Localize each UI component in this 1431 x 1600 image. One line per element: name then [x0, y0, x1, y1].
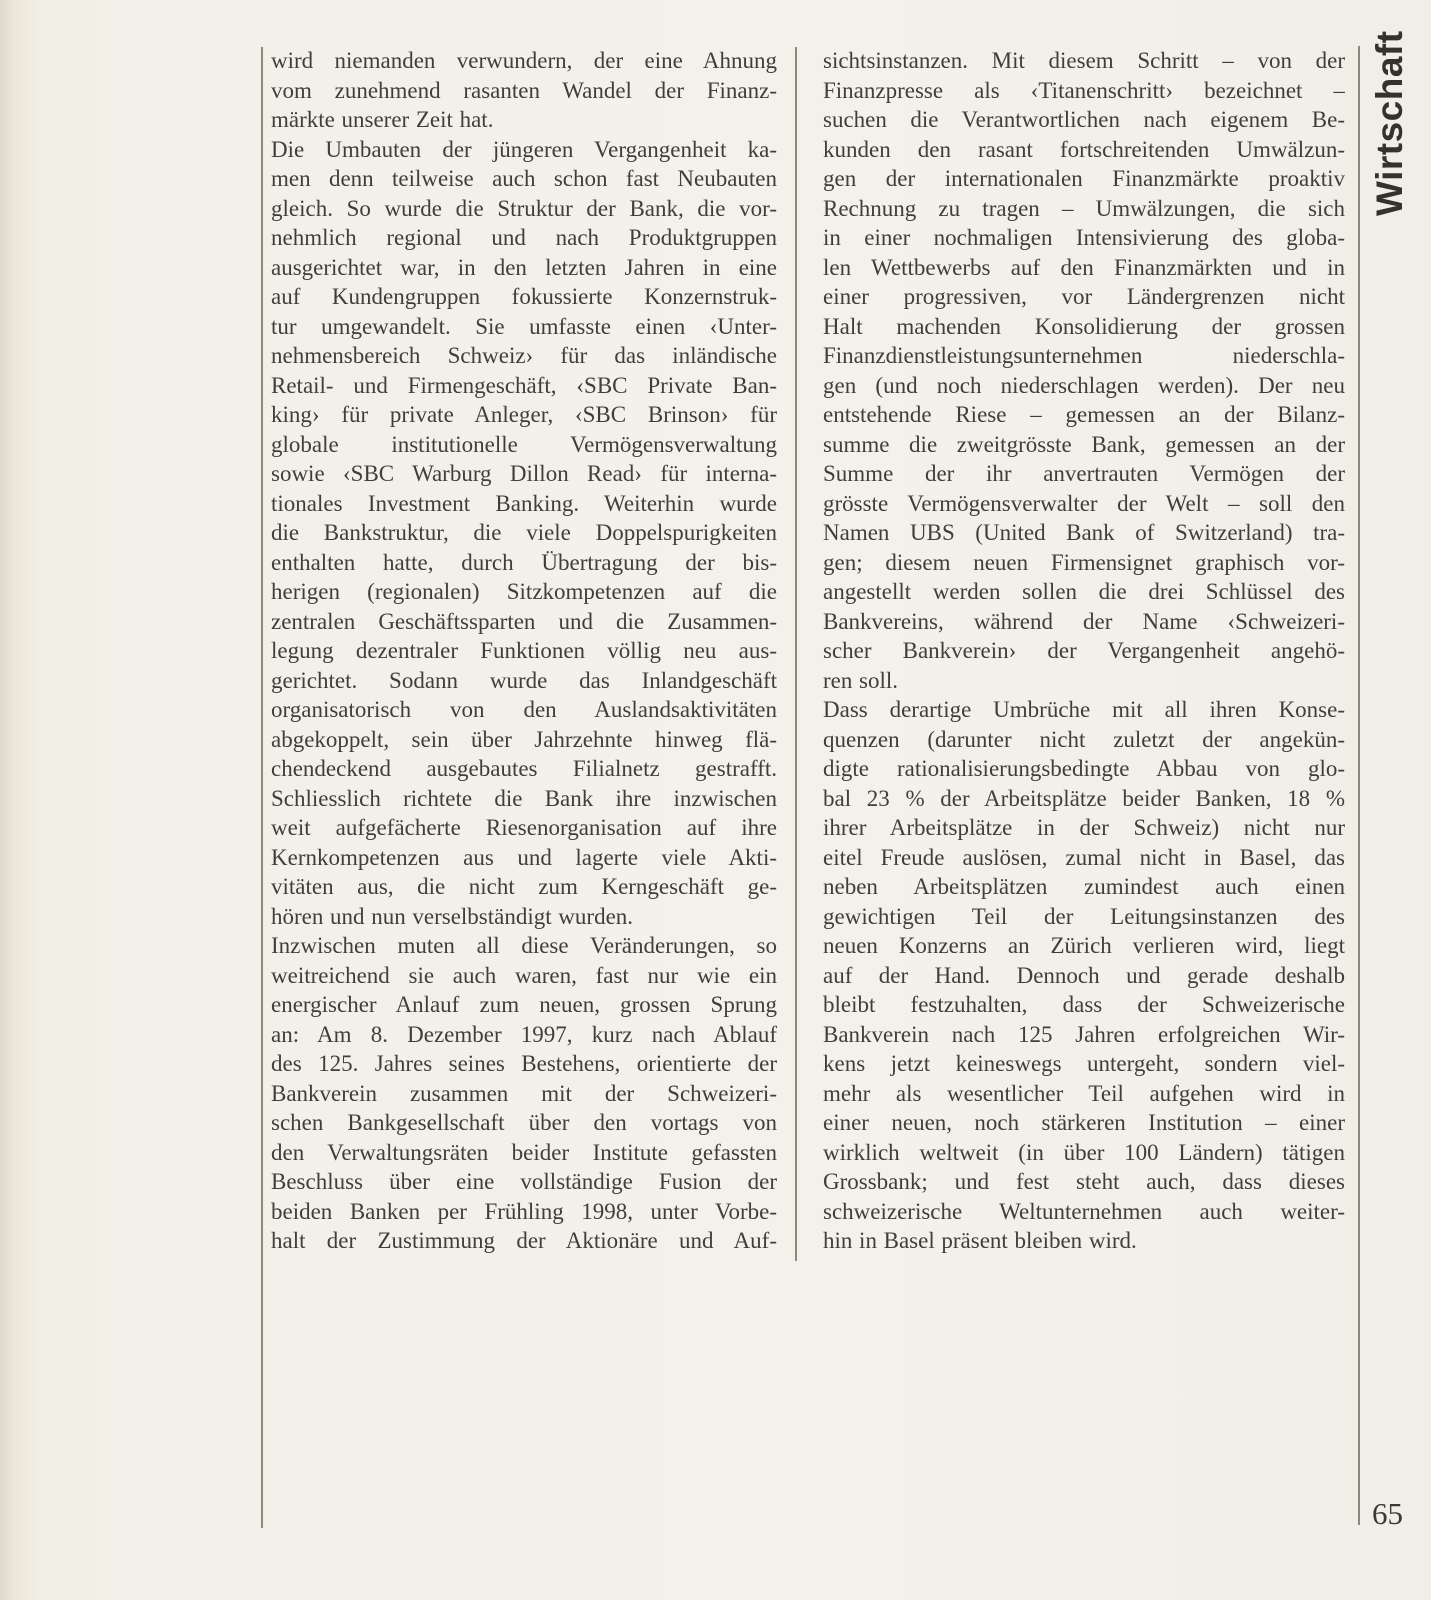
text-line: sichtsinstanzen. Mit diesem Schritt – vo… [823, 46, 1345, 76]
text-line: suchen die Verantwortlichen nach eigenem… [823, 105, 1345, 135]
text-line: Halt machenden Konsolidierung der grosse… [823, 312, 1345, 342]
text-line: Kernkompetenzen aus und lagerte viele Ak… [271, 843, 777, 873]
text-line: Beschluss über eine vollständige Fusion … [271, 1167, 777, 1197]
text-line: Die Umbauten der jüngeren Vergangenheit … [271, 135, 777, 165]
text-line: tur umgewandelt. Sie umfasste einen ‹Unt… [271, 312, 777, 342]
text-line: gewichtigen Teil der Leitungsinstanzen d… [823, 902, 1345, 932]
column-divider-rule [795, 47, 797, 1261]
text-line: bleibt festzuhalten, dass der Schweizeri… [823, 990, 1345, 1020]
text-line: bal 23 % der Arbeitsplätze beider Banken… [823, 784, 1345, 814]
text-line: kens jetzt keineswegs untergeht, sondern… [823, 1049, 1345, 1079]
text-line: gen (und noch niederschlagen werden). De… [823, 371, 1345, 401]
text-line: vom zunehmend rasanten Wandel der Finanz… [271, 76, 777, 106]
text-line: mehr als wesentlicher Teil aufgehen wird… [823, 1079, 1345, 1109]
text-line: angestellt werden sollen die drei Schlüs… [823, 577, 1345, 607]
text-line: grösste Vermögensverwalter der Welt – so… [823, 489, 1345, 519]
text-line: Dass derartige Umbrüche mit all ihren Ko… [823, 695, 1345, 725]
text-line: Finanzpresse als ‹Titanenschritt› bezeic… [823, 76, 1345, 106]
page-number: 65 [1372, 1496, 1403, 1532]
text-line: auf Kundengruppen fokussierte Konzernstr… [271, 282, 777, 312]
text-line: weitreichend sie auch waren, fast nur wi… [271, 961, 777, 991]
text-line: Summe der ihr anvertrauten Vermögen der [823, 459, 1345, 489]
text-line: tionales Investment Banking. Weiterhin w… [271, 489, 777, 519]
text-line: herigen (regionalen) Sitzkompetenzen auf… [271, 577, 777, 607]
scanned-page: wird niemanden verwundern, der eine Ahnu… [0, 0, 1431, 1600]
text-line: eitel Freude auslösen, zumal nicht in Ba… [823, 843, 1345, 873]
text-line: gen der internationalen Finanzmärkte pro… [823, 164, 1345, 194]
text-line: weit aufgefächerte Riesenorganisation au… [271, 813, 777, 843]
text-line: an: Am 8. Dezember 1997, kurz nach Ablau… [271, 1020, 777, 1050]
text-line: digte rationalisierungsbedingte Abbau vo… [823, 754, 1345, 784]
text-line: legung dezentraler Funktionen völlig neu… [271, 636, 777, 666]
text-line: gerichtet. Sodann wurde das Inlandgeschä… [271, 666, 777, 696]
text-line: Bankverein zusammen mit der Schweizeri- [271, 1079, 777, 1109]
text-line: neben Arbeitsplätzen zumindest auch eine… [823, 872, 1345, 902]
text-line: in einer nochmaligen Intensivierung des … [823, 223, 1345, 253]
text-line: vitäten aus, die nicht zum Kerngeschäft … [271, 872, 777, 902]
text-line: energischer Anlauf zum neuen, grossen Sp… [271, 990, 777, 1020]
text-line: des 125. Jahres seines Bestehens, orient… [271, 1049, 777, 1079]
text-line: den Verwaltungsräten beider Institute ge… [271, 1138, 777, 1168]
text-line: gen; diesem neuen Firmensignet graphisch… [823, 548, 1345, 578]
text-line: wird niemanden verwundern, der eine Ahnu… [271, 46, 777, 76]
section-label: Wirtschaft [1369, 30, 1411, 216]
left-margin-rule [261, 47, 263, 1528]
text-line: Inzwischen muten all diese Veränderungen… [271, 931, 777, 961]
text-line: len Wettbewerbs auf den Finanzmärkten un… [823, 253, 1345, 283]
text-line: abgekoppelt, sein über Jahrzehnte hinweg… [271, 725, 777, 755]
text-line: die Bankstruktur, die viele Doppelspurig… [271, 518, 777, 548]
text-line: hin in Basel präsent bleiben wird. [823, 1226, 1345, 1256]
right-margin-rule [1358, 46, 1360, 1525]
text-line: schweizerische Weltunternehmen auch weit… [823, 1197, 1345, 1227]
text-line: märkte unserer Zeit hat. [271, 105, 777, 135]
text-line: nehmensbereich Schweiz› für das inländis… [271, 341, 777, 371]
text-line: hören und nun verselbständigt wurden. [271, 902, 777, 932]
text-line: globale institutionelle Vermögensverwalt… [271, 430, 777, 460]
text-line: ren soll. [823, 666, 1345, 696]
text-line: einer neuen, noch stärkeren Institution … [823, 1108, 1345, 1138]
text-line: summe die zweitgrösste Bank, gemessen an… [823, 430, 1345, 460]
text-line: Bankvereins, während der Name ‹Schweizer… [823, 607, 1345, 637]
text-line: ihrer Arbeitsplätze in der Schweiz) nich… [823, 813, 1345, 843]
text-line: halt der Zustimmung der Aktionäre und Au… [271, 1226, 777, 1256]
text-line: Bankverein nach 125 Jahren erfolgreichen… [823, 1020, 1345, 1050]
text-line: organisatorisch von den Auslandsaktivitä… [271, 695, 777, 725]
text-line: ausgerichtet war, in den letzten Jahren … [271, 253, 777, 283]
text-line: Retail- und Firmengeschäft, ‹SBC Private… [271, 371, 777, 401]
text-line: wirklich weltweit (in über 100 Ländern) … [823, 1138, 1345, 1168]
text-line: schen Bankgesellschaft über den vortags … [271, 1108, 777, 1138]
text-line: Schliesslich richtete die Bank ihre inzw… [271, 784, 777, 814]
text-column-left: wird niemanden verwundern, der eine Ahnu… [271, 46, 777, 1256]
text-line: gleich. So wurde die Struktur der Bank, … [271, 194, 777, 224]
text-line: enthalten hatte, durch Übertragung der b… [271, 548, 777, 578]
text-line: quenzen (darunter nicht zuletzt der ange… [823, 725, 1345, 755]
text-line: chendeckend ausgebautes Filialnetz gestr… [271, 754, 777, 784]
text-line: kunden den rasant fortschreitenden Umwäl… [823, 135, 1345, 165]
text-line: Finanzdienstleistungsunternehmen nieders… [823, 341, 1345, 371]
text-line: beiden Banken per Frühling 1998, unter V… [271, 1197, 777, 1227]
text-line: zentralen Geschäftssparten und die Zusam… [271, 607, 777, 637]
text-column-right: sichtsinstanzen. Mit diesem Schritt – vo… [823, 46, 1345, 1256]
text-line: auf der Hand. Dennoch und gerade deshalb [823, 961, 1345, 991]
text-line: scher Bankverein› der Vergangenheit ange… [823, 636, 1345, 666]
text-line: sowie ‹SBC Warburg Dillon Read› für inte… [271, 459, 777, 489]
text-line: einer progressiven, vor Ländergrenzen ni… [823, 282, 1345, 312]
text-line: nehmlich regional und nach Produktgruppe… [271, 223, 777, 253]
text-line: Grossbank; und fest steht auch, dass die… [823, 1167, 1345, 1197]
text-line: entstehende Riese – gemessen an der Bila… [823, 400, 1345, 430]
text-line: king› für private Anleger, ‹SBC Brinson›… [271, 400, 777, 430]
text-line: Rechnung zu tragen – Umwälzungen, die si… [823, 194, 1345, 224]
text-line: neuen Konzerns an Zürich verlieren wird,… [823, 931, 1345, 961]
text-line: men denn teilweise auch schon fast Neuba… [271, 164, 777, 194]
text-line: Namen UBS (United Bank of Switzerland) t… [823, 518, 1345, 548]
